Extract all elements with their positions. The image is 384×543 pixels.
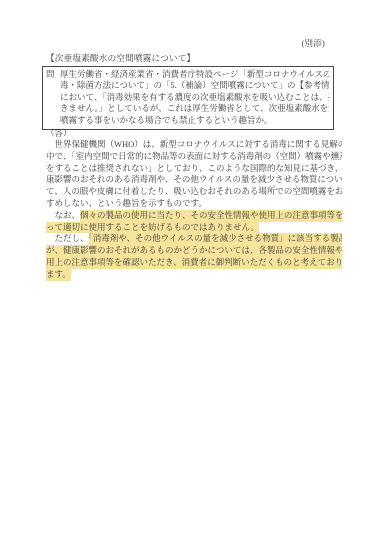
question-line: きません。」としているが、これは厚生労働省として、次亜塩素酸水を空間に [60,103,329,114]
plain-text: すめしない、という趣旨を示すものです。 [46,198,207,208]
answer-line: て、人の眼や皮膚に付着したり、吸い込むおそれのある場所での空間噴霧をおす [46,186,342,198]
plain-text: 世界保健機関（WHO）は、新型コロナウイルスに対する消毒に関する見解の [46,139,342,149]
highlighted-text: 用上の注意事項等を確認いただき、消費者に御判断いただくものと考えており [46,257,342,269]
question-line: 毒・除菌方法について」の「5.（補論）空間噴霧について」の【参考情報3】 [60,80,329,91]
highlighted-text: ます。 [46,269,71,281]
highlighted-text: 個々の製品の使用に当たり、その安全性情報や使用上の注意事項等を守 [80,210,342,222]
answer-line: が、健康影響のおそれがあるものかどうかについては、各製品の安全性情報や使 [46,245,342,257]
answer-line: って適切に使用することを妨げるものではありません。 [46,222,342,234]
question-marker: 問 [46,69,60,80]
answer-line: すめしない、という趣旨を示すものです。 [46,198,342,210]
answer-line: ただし、「消毒剤や、その他ウイルスの量を減少させる物質」に該当する製品 [46,233,342,245]
highlighted-text: が、健康影響のおそれがあるものかどうかについては、各製品の安全性情報や使 [46,245,342,257]
highlighted-text: って適切に使用することを妨げるものではありません。 [46,222,259,234]
highlighted-text: 「消毒剤や、その他ウイルスの量を減少させる物質」に該当する製品 [89,233,342,245]
document-page: (別添) 【次亜塩素酸水の空間噴霧について】 問 厚生労働省・経済産業省・消費者… [0,0,384,543]
plain-text: なお、 [46,210,80,220]
plain-text: 中で、「室内空間で日常的に物品等の表面に対する消毒剤の（空間）噴霧や燻蒸 [46,151,342,161]
plain-text: 康影響のおそれのある消毒剤や、その他ウイルスの量を減少させる物質につい [46,174,342,184]
question-text: 厚生労働省・経済産業省・消費者庁特設ページ「新型コロナウイルスの消毒・除菌方法に… [60,69,329,126]
answer-line: 康影響のおそれのある消毒剤や、その他ウイルスの量を減少させる物質につい [46,174,342,186]
attachment-corner-note: (別添) [302,37,325,49]
answer-line: をすることは推奨されない」としており、このような国際的な知見に基づき、健 [46,163,342,175]
document-title: 【次亜塩素酸水の空間噴霧について】 [46,52,195,64]
question-line: 噴霧する事をいかなる場合でも禁止するという趣旨か。 [60,115,329,126]
answer-line: 中で、「室内空間で日常的に物品等の表面に対する消毒剤の（空間）噴霧や燻蒸 [46,151,342,163]
answer-text: 世界保健機関（WHO）は、新型コロナウイルスに対する消毒に関する見解の中で、「室… [46,139,342,281]
answer-line: なお、個々の製品の使用に当たり、その安全性情報や使用上の注意事項等を守 [46,210,342,222]
question-line: において、「消毒効果を有する濃度の次亜塩素酸水を吸い込むことは、推奨で [60,92,329,103]
answer-label: （答） [46,127,72,139]
answer-line: 用上の注意事項等を確認いただき、消費者に御判断いただくものと考えており [46,257,342,269]
plain-text: て、人の眼や皮膚に付着したり、吸い込むおそれのある場所での空間噴霧をおす [46,186,342,196]
answer-line: ます。 [46,269,342,281]
question-box: 問 厚生労働省・経済産業省・消費者庁特設ページ「新型コロナウイルスの消毒・除菌方… [42,66,334,130]
answer-line: 世界保健機関（WHO）は、新型コロナウイルスに対する消毒に関する見解の [46,139,342,151]
question-line: 厚生労働省・経済産業省・消費者庁特設ページ「新型コロナウイルスの消 [60,69,329,80]
plain-text: をすることは推奨されない」としており、このような国際的な知見に基づき、健 [46,163,342,173]
plain-text: ただし、 [46,233,89,243]
